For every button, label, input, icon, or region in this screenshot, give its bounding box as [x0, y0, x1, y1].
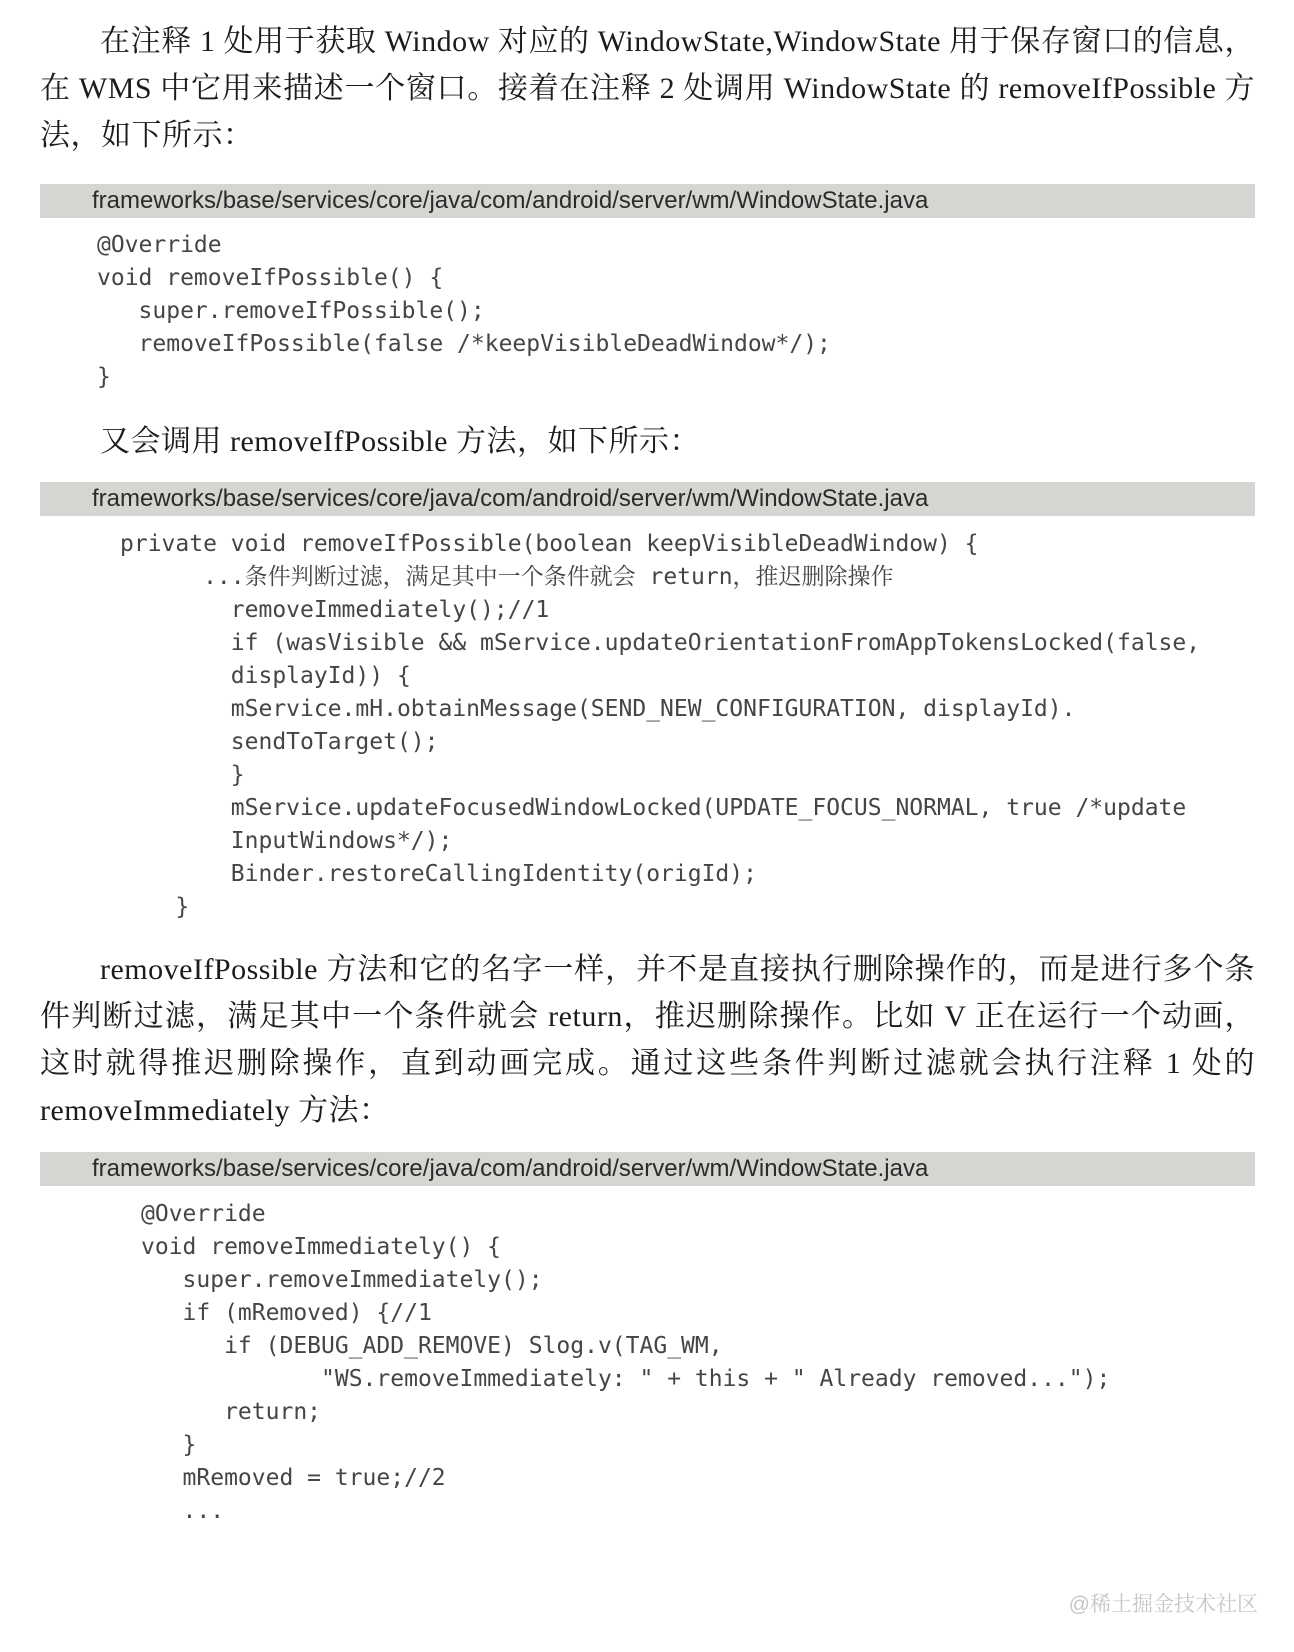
- book-page: 在注释 1 处用于获取 Window 对应的 WindowState,Windo…: [0, 0, 1294, 1652]
- code-block-removeimmediately: @Override void removeImmediately() { sup…: [141, 1198, 1255, 1528]
- code-file-header: frameworks/base/services/core/java/com/a…: [40, 184, 1255, 218]
- code-file-header: frameworks/base/services/core/java/com/a…: [40, 482, 1255, 516]
- code-block-removeifpossible-override: @Override void removeIfPossible() { supe…: [97, 229, 1255, 394]
- paragraph-transition: 又会调用 removeIfPossible 方法，如下所示：: [40, 418, 1255, 465]
- file-path-label: frameworks/base/services/core/java/com/a…: [92, 485, 928, 513]
- code-file-header: frameworks/base/services/core/java/com/a…: [40, 1152, 1255, 1186]
- paragraph-intro: 在注释 1 处用于获取 Window 对应的 WindowState,Windo…: [40, 18, 1255, 159]
- code-section-2: frameworks/base/services/core/java/com/a…: [40, 482, 1255, 924]
- file-path-label: frameworks/base/services/core/java/com/a…: [92, 1155, 928, 1183]
- site-watermark: @稀土掘金技术社区: [1069, 1588, 1258, 1618]
- code-section-1: frameworks/base/services/core/java/com/a…: [40, 184, 1255, 394]
- code-section-3: frameworks/base/services/core/java/com/a…: [40, 1152, 1255, 1528]
- code-block-removeifpossible-private: private void removeIfPossible(boolean ke…: [120, 528, 1255, 924]
- file-path-label: frameworks/base/services/core/java/com/a…: [92, 187, 928, 215]
- paragraph-explanation: removeIfPossible 方法和它的名字一样，并不是直接执行删除操作的，…: [40, 946, 1255, 1134]
